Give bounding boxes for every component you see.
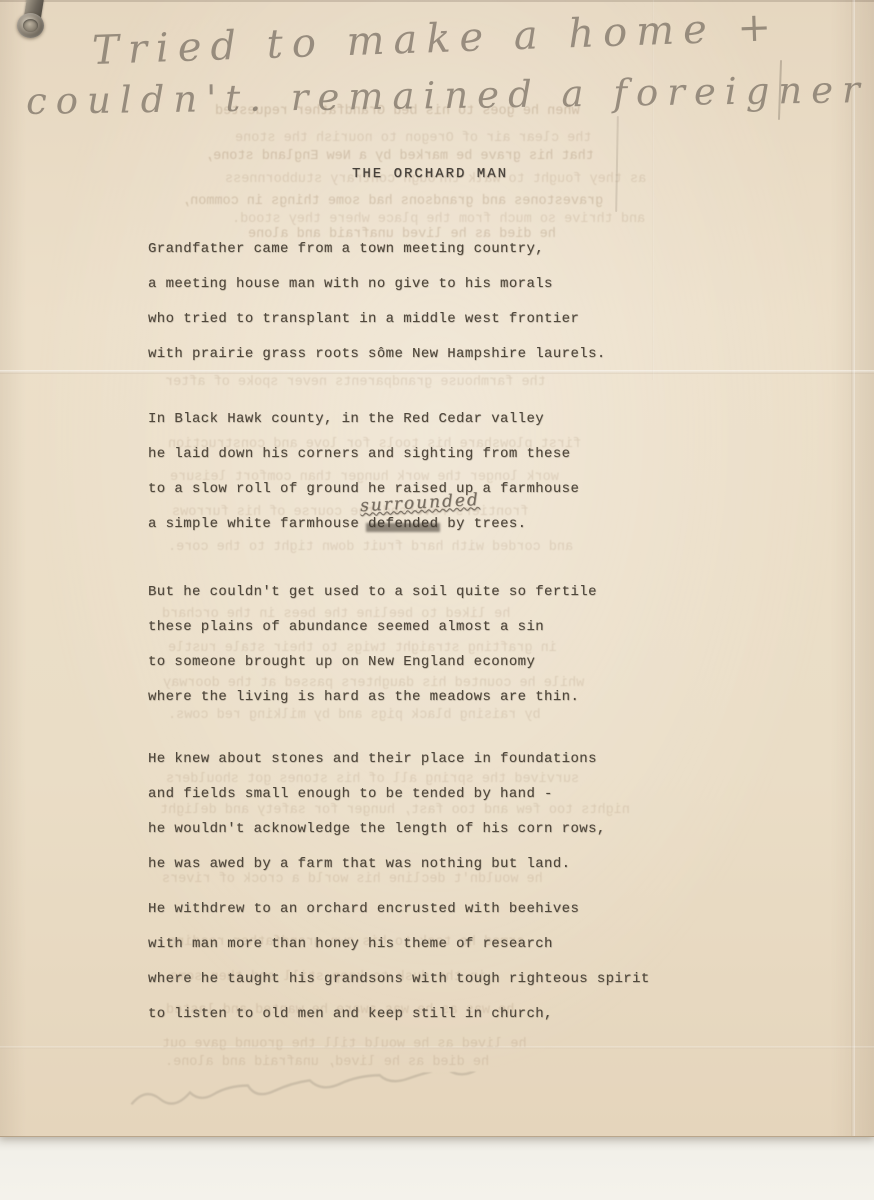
- bleedthrough-line: and thrive so much from the place where …: [232, 212, 645, 227]
- poem-line-with-correction: a simple white farmhouse defended by tre…: [148, 507, 579, 542]
- bleedthrough-line: and corded with hard fruit down tight to…: [168, 540, 573, 555]
- poem-line: where he taught his grandsons with tough…: [148, 962, 650, 997]
- paper-sheet: when he goes to his bed Grandfather requ…: [0, 0, 874, 1137]
- bleedthrough-line: the farmhouse grandparents never spoke o…: [165, 375, 546, 390]
- poem-line: where the living is hard as the meadows …: [148, 680, 597, 715]
- bleedthrough-line: he lived as he would till the ground gav…: [162, 1037, 527, 1052]
- stanza-1: Grandfather came from a town meeting cou…: [148, 232, 606, 372]
- poem-line: He withdrew to an orchard encrusted with…: [148, 892, 650, 927]
- poem-line: these plains of abundance seemed almost …: [148, 610, 597, 645]
- stanza-4: He knew about stones and their place in …: [148, 742, 606, 882]
- poem-line: to listen to old men and keep still in c…: [148, 997, 650, 1032]
- poem-line: But he couldn't get used to a soil quite…: [148, 575, 597, 610]
- bleedthrough-line: he died as he lived, unafraid and alone.: [165, 1055, 489, 1070]
- scanner-bed: [0, 1136, 874, 1200]
- handwritten-annotation-line1: Tried to make a home +: [91, 4, 780, 74]
- poem-line: he laid down his corners and sighting fr…: [148, 437, 579, 472]
- faint-pencil-scrawl: [128, 1066, 769, 1119]
- bleedthrough-line: that his grave be marked by a New Englan…: [205, 149, 594, 164]
- poem-line: with prairie grass roots sôme New Hampsh…: [148, 337, 606, 372]
- fold-crease-vertical: [652, 0, 654, 380]
- fastener-grommet: [17, 13, 44, 38]
- poem-title: THE ORCHARD MAN: [0, 166, 860, 182]
- poem-line: He knew about stones and their place in …: [148, 742, 606, 777]
- stanza-2: In Black Hawk county, in the Red Cedar v…: [148, 402, 579, 542]
- poem-line: with man more than honey his theme of re…: [148, 927, 650, 962]
- poem-line: he wouldn't acknowledge the length of hi…: [148, 812, 606, 847]
- poem-line: who tried to transplant in a middle west…: [148, 302, 606, 337]
- poem-line: a meeting house man with no give to his …: [148, 267, 606, 302]
- pencil-stroke: [615, 116, 619, 212]
- line-text-pre: a simple white farmhouse: [148, 516, 368, 532]
- stanza-3: But he couldn't get used to a soil quite…: [148, 575, 597, 715]
- bleedthrough-line: the clear air of Oregon to nourish the s…: [235, 131, 591, 146]
- bleedthrough-line: gravestones and grandsons had some thing…: [182, 194, 603, 209]
- poem-line: and fields small enough to be tended by …: [148, 777, 606, 812]
- paper-top-edge: [0, 0, 874, 2]
- paper-fastener-brad: [12, 0, 52, 44]
- poem-line: he was awed by a farm that was nothing b…: [148, 847, 606, 882]
- handwritten-annotation-line2: couldn't. remained a foreigner: [26, 68, 869, 123]
- poem-line: Grandfather came from a town meeting cou…: [148, 232, 606, 267]
- stanza-5: He withdrew to an orchard encrusted with…: [148, 892, 650, 1032]
- poem-line: to someone brought up on New England eco…: [148, 645, 597, 680]
- poem-line: In Black Hawk county, in the Red Cedar v…: [148, 402, 579, 437]
- handwritten-correction: surrounded: [359, 483, 481, 524]
